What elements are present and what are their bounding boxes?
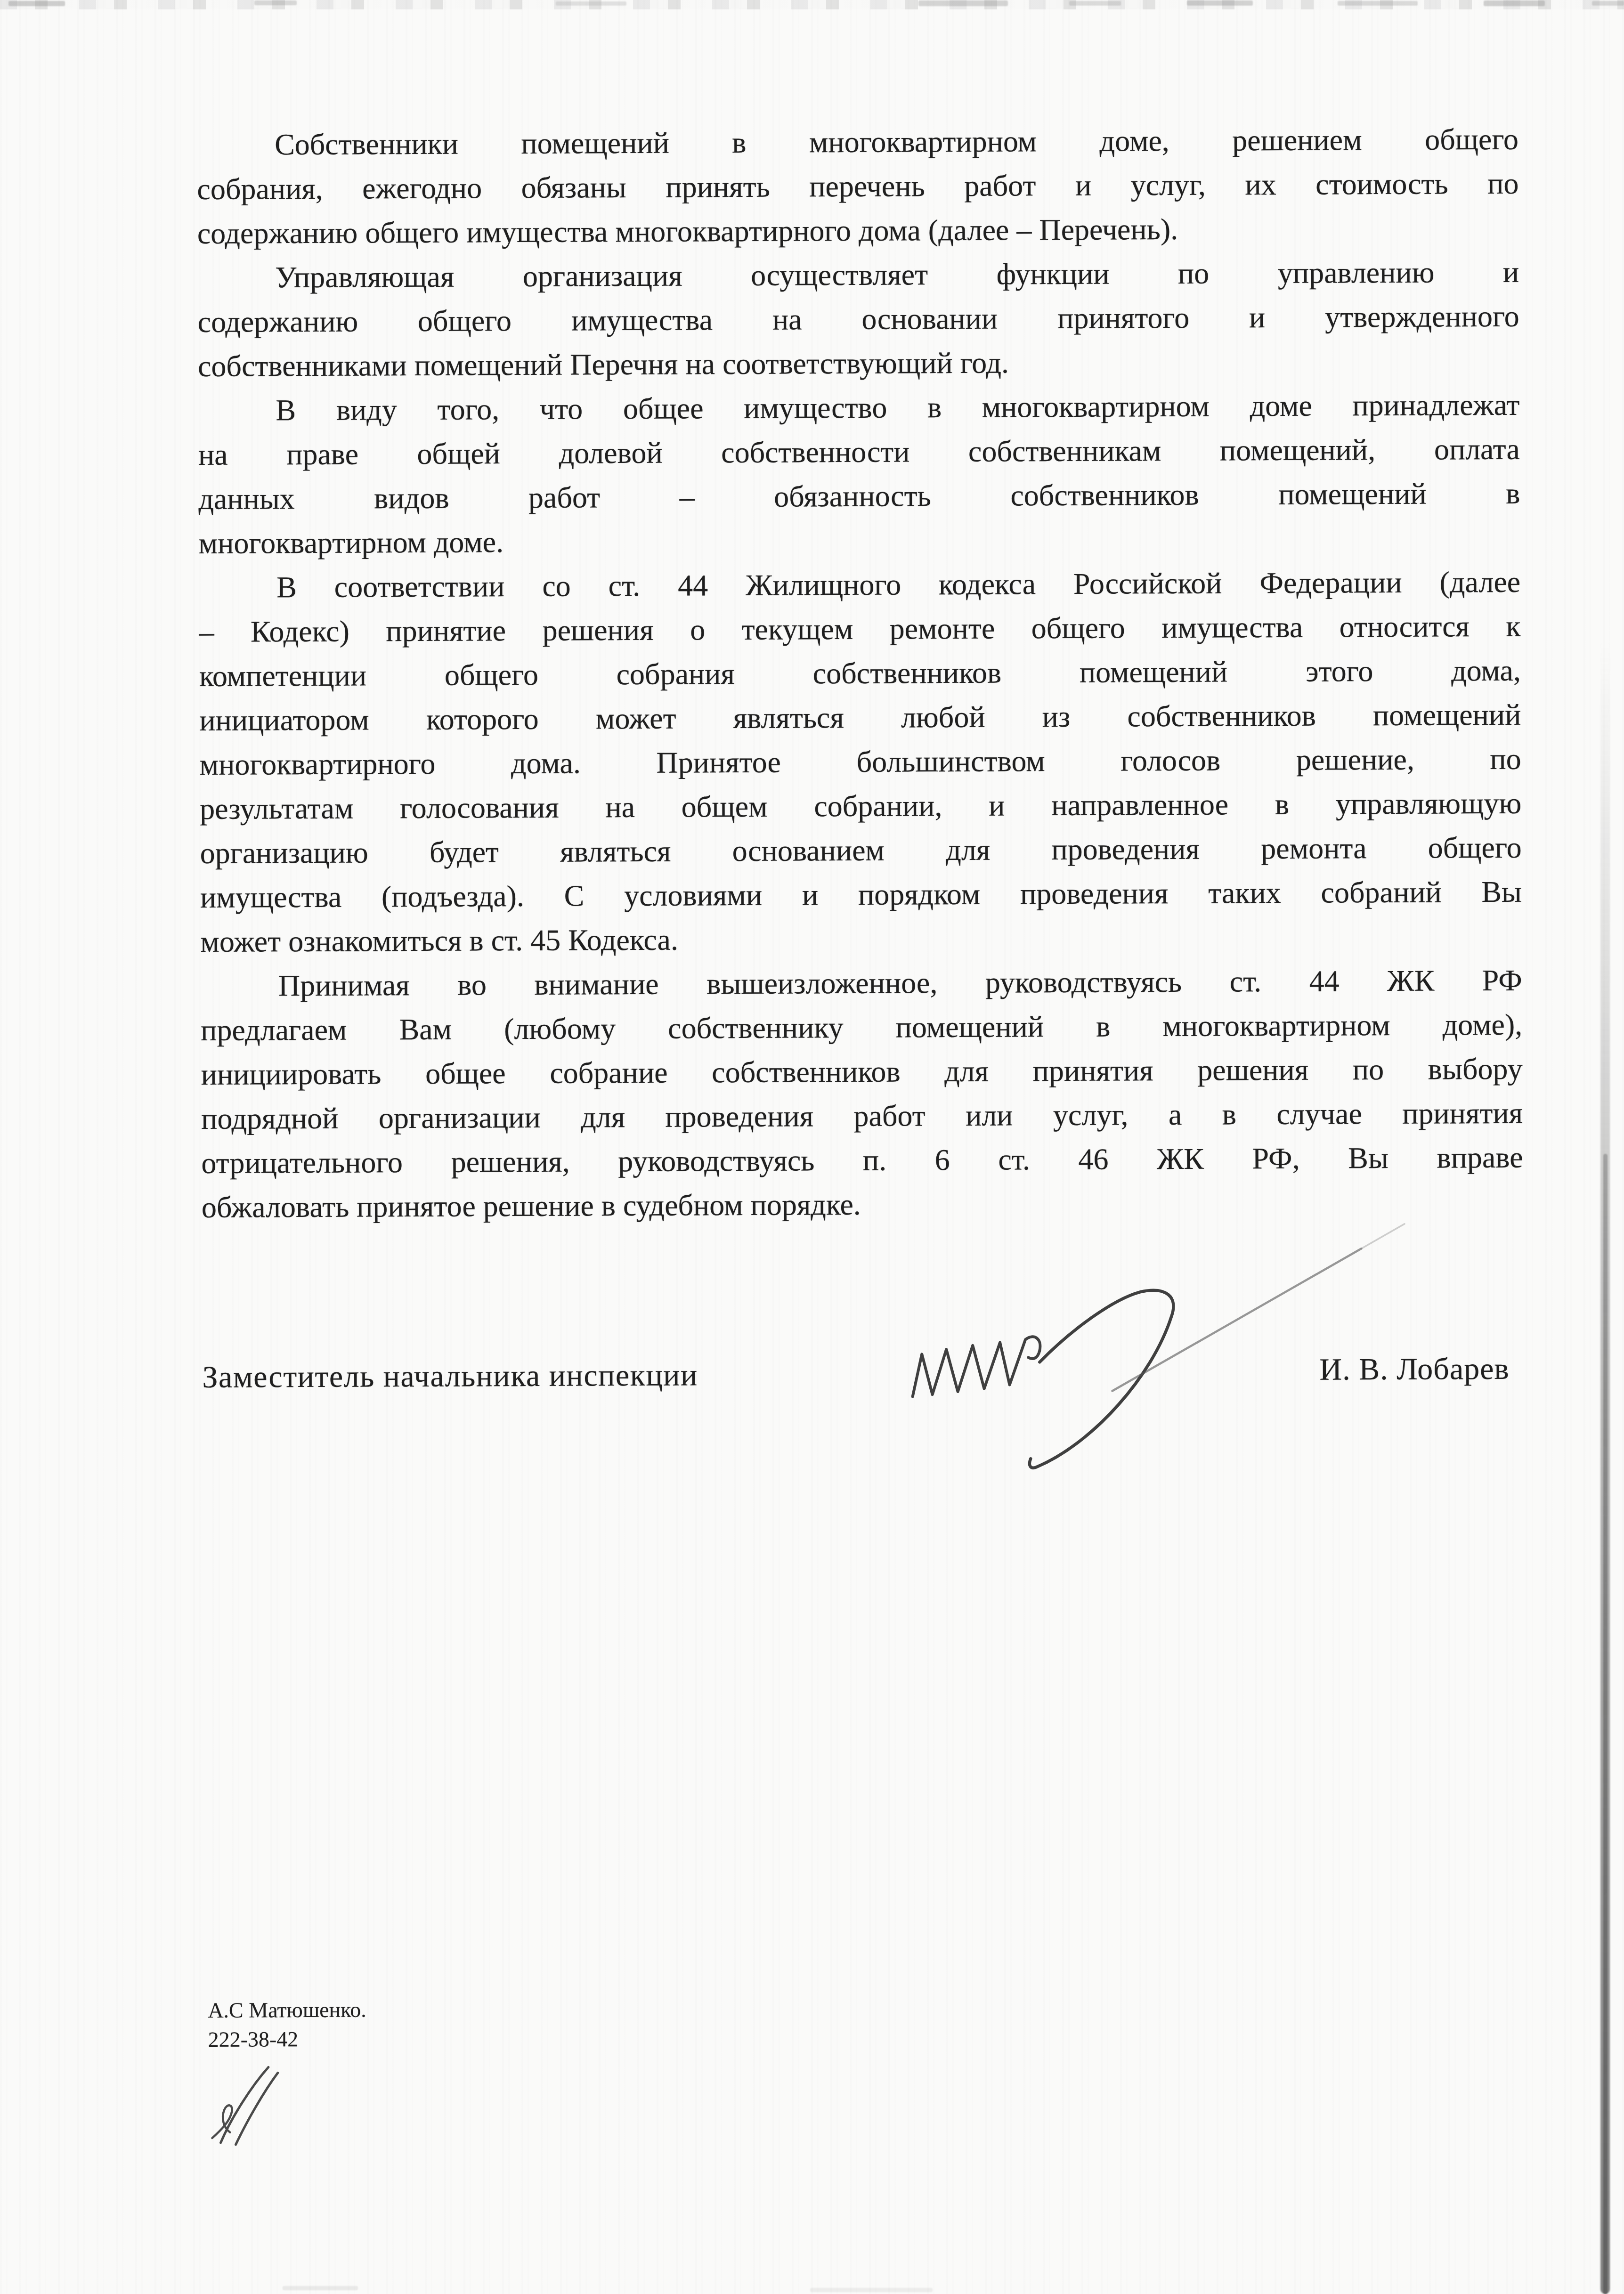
body-line: Управляющая организация осуществляет фун… xyxy=(197,250,1519,300)
paragraph: В виду того, что общее имущество в много… xyxy=(198,383,1520,566)
page-content: Собственники помещений в многоквартирном… xyxy=(0,0,1624,2294)
signer-position-title: Заместитель начальника инспекции xyxy=(202,1353,838,1400)
body-line: собрания, ежегодно обязаны принять переч… xyxy=(197,162,1518,211)
executor-phone: 222-38-42 xyxy=(208,2023,632,2054)
signature-scribble xyxy=(890,1219,1424,1504)
body-line: В виду того, что общее имущество в много… xyxy=(198,383,1519,433)
body-line: может ознакомиться в ст. 45 Кодекса. xyxy=(200,914,1522,964)
body-line: результатам голосования на общем собрани… xyxy=(200,781,1521,831)
body-line: данных видов работ – обязанность собстве… xyxy=(198,471,1520,521)
body-line: отрицательного решения, руководствуясь п… xyxy=(201,1135,1523,1185)
body-line: компетенции общего собрания собственнико… xyxy=(199,648,1521,698)
body-line: многоквартирного дома. Принятое большинс… xyxy=(200,737,1521,787)
body-line: – Кодекс) принятие решения о текущем рем… xyxy=(199,604,1520,654)
body-line: содержанию общего имущества многоквартир… xyxy=(197,206,1519,256)
body-line: подрядной организации для проведения раб… xyxy=(201,1091,1523,1141)
paragraph: Управляющая организация осуществляет фун… xyxy=(197,250,1519,389)
body-line: Принимая во внимание вышеизложенное, рук… xyxy=(201,958,1522,1008)
scanned-letter-page: Собственники помещений в многоквартирном… xyxy=(0,0,1624,2294)
paragraph: Принимая во внимание вышеизложенное, рук… xyxy=(201,958,1523,1230)
executor-initials-scribble xyxy=(206,2063,301,2148)
body-line: организацию будет являться основанием дл… xyxy=(200,826,1521,875)
letter-footer: А.С Матюшенко. 222-38-42 xyxy=(208,1994,632,2054)
letter-body: Собственники помещений в многоквартирном… xyxy=(197,117,1523,1230)
body-line: содержанию общего имущества на основании… xyxy=(197,294,1519,344)
body-line: многоквартирном доме. xyxy=(199,516,1520,566)
body-line: на праве общей долевой собственности соб… xyxy=(198,427,1520,477)
paragraph: Собственники помещений в многоквартирном… xyxy=(197,117,1519,256)
body-line: В соответствии со ст. 44 Жилищного кодек… xyxy=(199,560,1520,610)
body-line: Собственники помещений в многоквартирном… xyxy=(197,117,1518,167)
body-line: собственниками помещений Перечня на соот… xyxy=(198,339,1519,389)
body-line: предлагаем Вам (любому собственнику поме… xyxy=(201,1003,1522,1053)
body-line: инициировать общее собрание собственнико… xyxy=(201,1047,1522,1097)
paragraph: В соответствии со ст. 44 Жилищного кодек… xyxy=(199,560,1522,964)
executor-name: А.С Матюшенко. xyxy=(208,1994,632,2025)
body-line: инициатором которого может являться любо… xyxy=(199,693,1521,743)
body-line: имущества (подъезда). С условиями и поря… xyxy=(200,870,1522,920)
